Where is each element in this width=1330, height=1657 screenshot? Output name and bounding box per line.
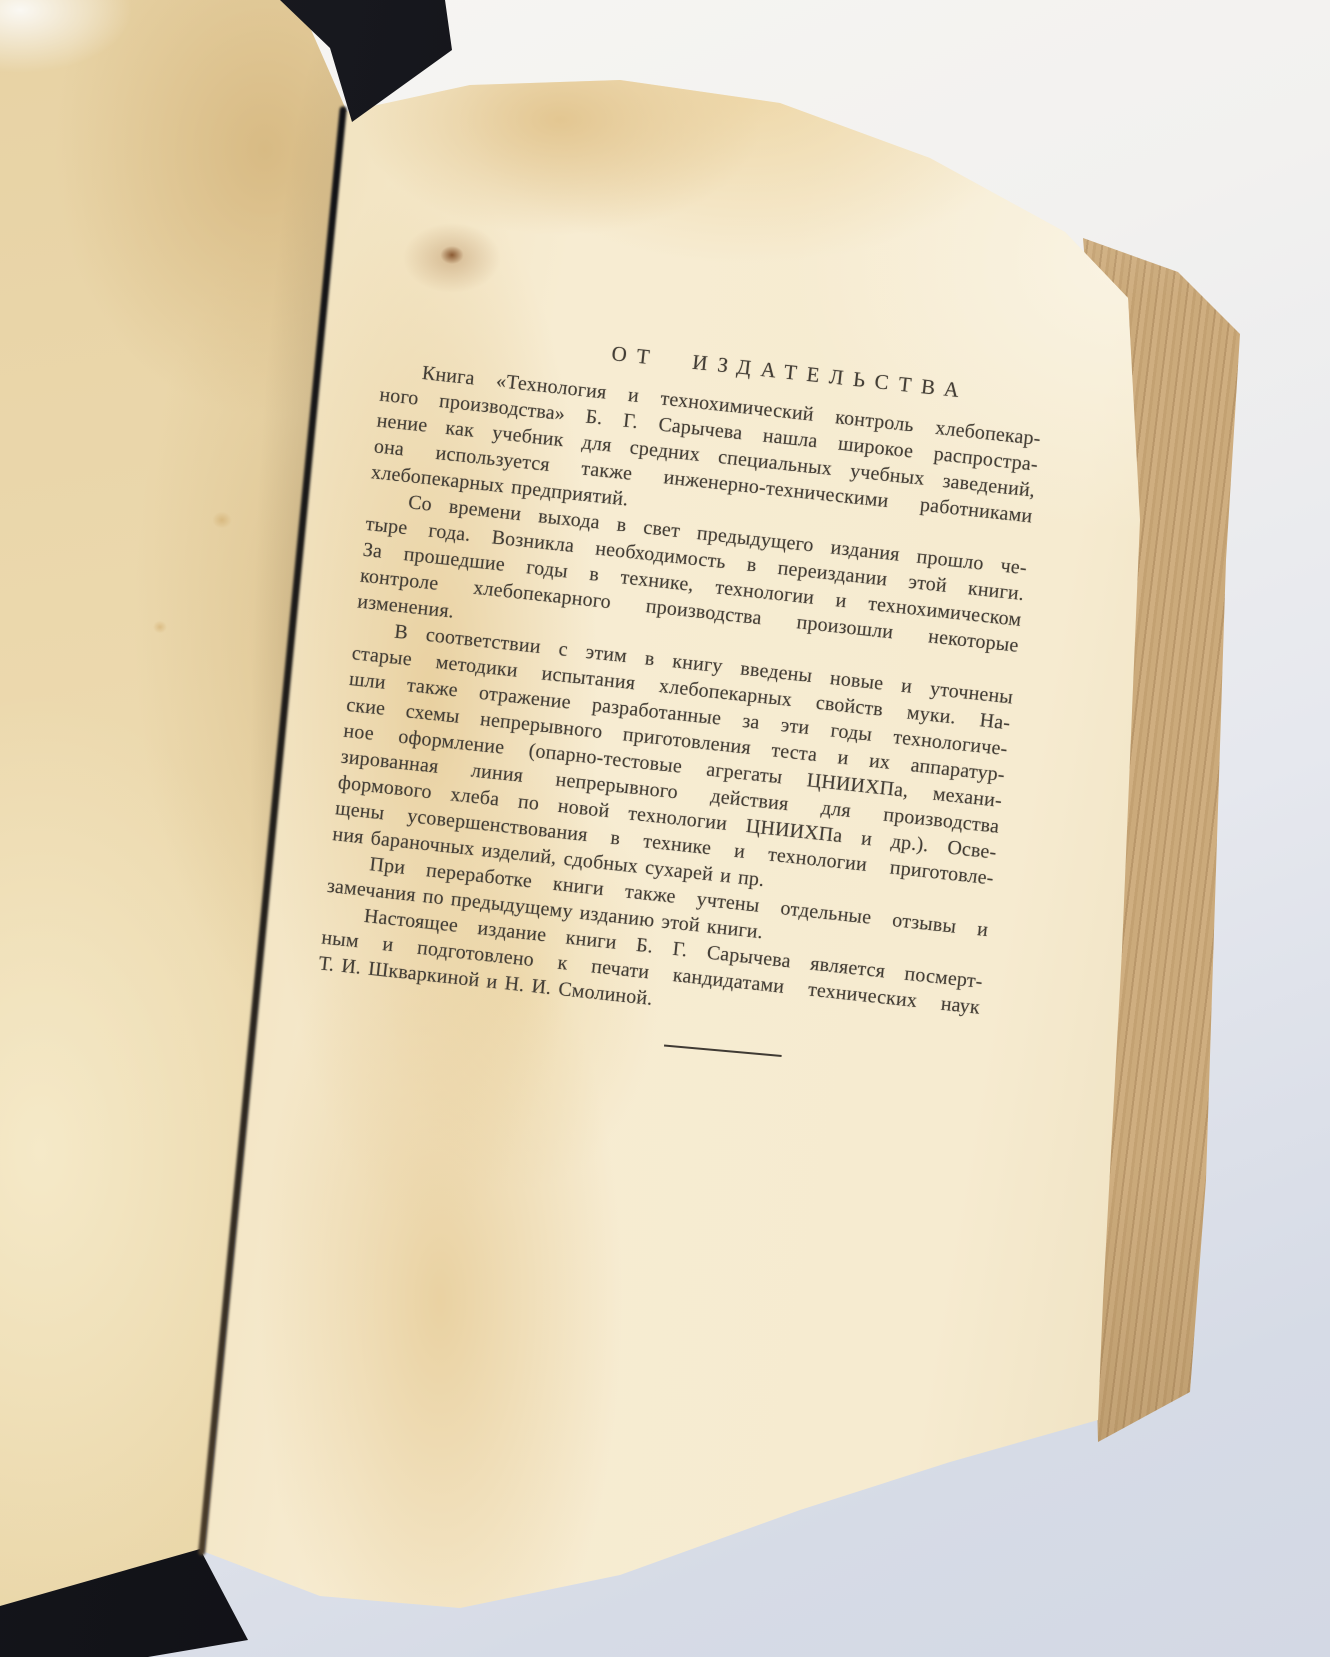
section-divider	[664, 1044, 782, 1056]
page-text-block: ОТ ИЗДАТЕЛЬСТВА Книга «Технология и техн…	[314, 316, 1046, 1078]
book-photo: ОТ ИЗДАТЕЛЬСТВА Книга «Технология и техн…	[0, 0, 1330, 1657]
